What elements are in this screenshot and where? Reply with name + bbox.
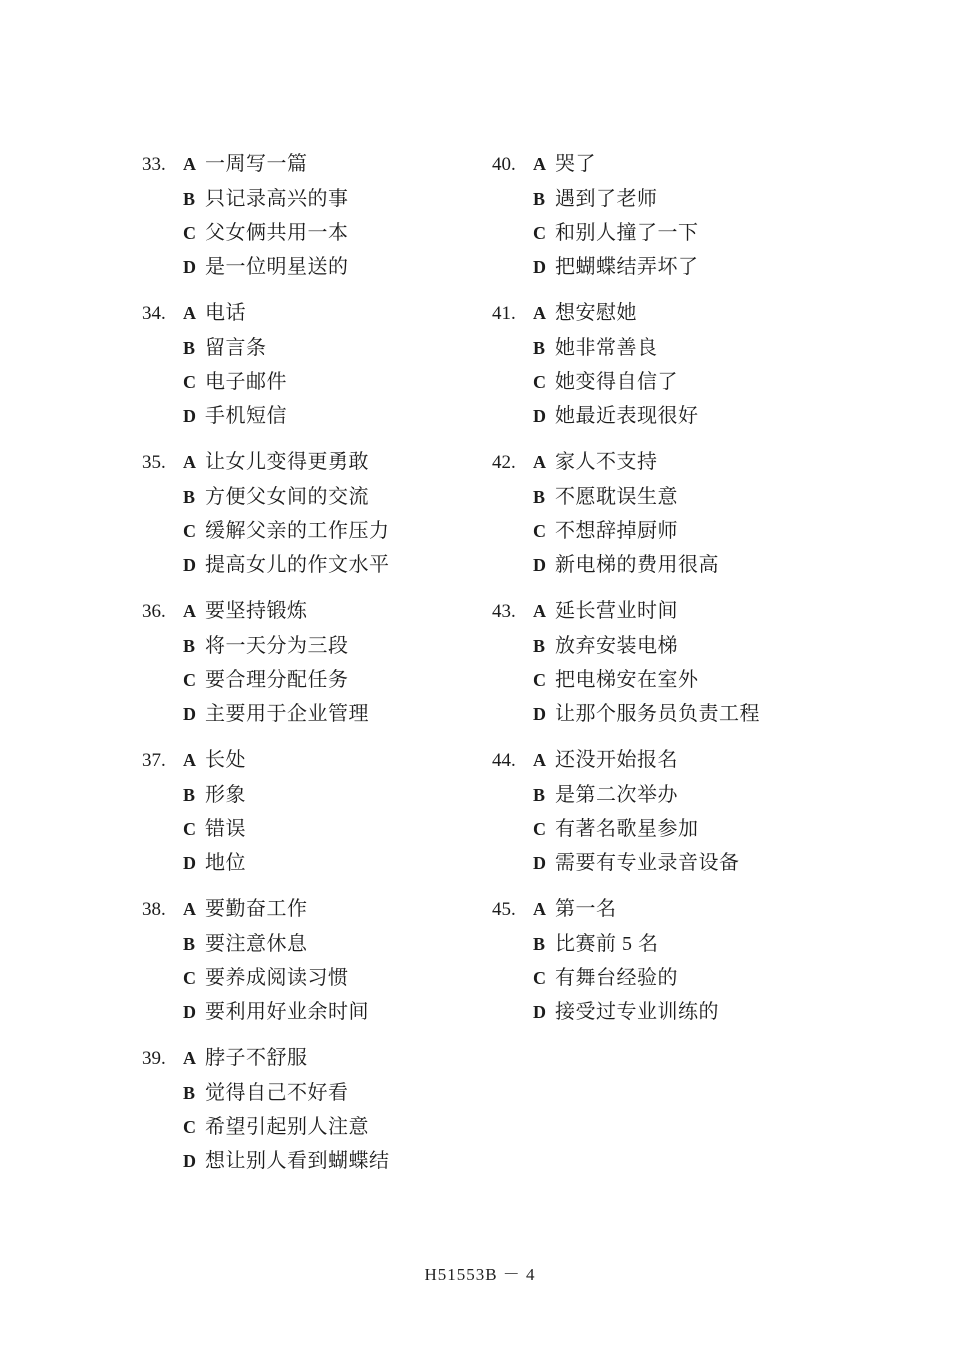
option-row: D 是一位明星送的 <box>142 250 492 284</box>
option-letter: B <box>533 331 555 365</box>
option-letter: B <box>533 927 555 961</box>
option-text: 她变得自信了 <box>555 365 678 399</box>
option-letter: A <box>183 892 205 926</box>
option-letter: A <box>533 445 555 479</box>
option-letter: D <box>533 399 555 433</box>
option-text: 要勤奋工作 <box>205 892 308 926</box>
option-letter: B <box>183 778 205 812</box>
option-text: 第一名 <box>555 892 617 926</box>
option-row: B 留言条 <box>142 331 492 365</box>
option-letter: D <box>533 995 555 1029</box>
option-letter: A <box>183 743 205 777</box>
question-44: 44. A 还没开始报名 B 是第二次举办 C 有著名歌星参加 D 需要有专业录… <box>492 743 760 880</box>
option-letter: A <box>183 1041 205 1075</box>
option-letter: D <box>533 250 555 284</box>
option-letter: D <box>183 697 205 731</box>
option-letter: D <box>183 995 205 1029</box>
option-letter: C <box>183 812 205 846</box>
option-text: 方便父女间的交流 <box>205 480 369 514</box>
option-text: 比赛前 5 名 <box>555 927 659 961</box>
question-40: 40. A 哭了 B 遇到了老师 C 和别人撞了一下 D 把蝴蝶结弄坏了 <box>492 147 760 284</box>
option-letter: B <box>533 778 555 812</box>
option-letter: C <box>183 961 205 995</box>
option-row: C 希望引起别人注意 <box>142 1110 492 1144</box>
option-letter: A <box>533 594 555 628</box>
question-39: 39. A 脖子不舒服 B 觉得自己不好看 C 希望引起别人注意 D 想让别人看… <box>142 1041 492 1178</box>
option-text: 是一位明星送的 <box>205 250 349 284</box>
option-text: 还没开始报名 <box>555 743 678 777</box>
option-text: 把电梯安在室外 <box>555 663 699 697</box>
option-text: 放弃安装电梯 <box>555 629 678 663</box>
option-letter: B <box>183 629 205 663</box>
option-text: 地位 <box>205 846 246 880</box>
option-text: 是第二次举办 <box>555 778 678 812</box>
option-text: 要坚持锻炼 <box>205 594 308 628</box>
option-text: 接受过专业训练的 <box>555 995 719 1029</box>
option-row: B 只记录高兴的事 <box>142 182 492 216</box>
exam-answer-options-page: 33. A 一周写一篇 B 只记录高兴的事 C 父女俩共用一本 D 是一位明星送… <box>142 147 760 1190</box>
option-row: C 要合理分配任务 <box>142 663 492 697</box>
option-letter: C <box>183 514 205 548</box>
option-text: 哭了 <box>555 147 596 181</box>
question-number: 41. <box>492 297 533 331</box>
question-number: 38. <box>142 893 183 927</box>
option-row: B 遇到了老师 <box>492 182 760 216</box>
question-number: 45. <box>492 893 533 927</box>
question-number: 43. <box>492 595 533 629</box>
option-row: C 错误 <box>142 812 492 846</box>
question-36: 36. A 要坚持锻炼 B 将一天分为三段 C 要合理分配任务 D 主要用于企业… <box>142 594 492 731</box>
option-row: B 她非常善良 <box>492 331 760 365</box>
option-row: 43. A 延长营业时间 <box>492 594 760 629</box>
option-text: 父女俩共用一本 <box>205 216 349 250</box>
option-text: 要合理分配任务 <box>205 663 349 697</box>
page-code-footer: H51553B － 4 <box>0 1260 960 1285</box>
option-letter: B <box>183 927 205 961</box>
option-letter: A <box>183 147 205 181</box>
option-letter: B <box>183 331 205 365</box>
option-row: 44. A 还没开始报名 <box>492 743 760 778</box>
option-letter: B <box>183 182 205 216</box>
option-row: C 和别人撞了一下 <box>492 216 760 250</box>
option-letter: A <box>533 147 555 181</box>
option-row: 36. A 要坚持锻炼 <box>142 594 492 629</box>
option-text: 不想辞掉厨师 <box>555 514 678 548</box>
option-row: 41. A 想安慰她 <box>492 296 760 331</box>
option-letter: D <box>533 697 555 731</box>
column-right: 40. A 哭了 B 遇到了老师 C 和别人撞了一下 D 把蝴蝶结弄坏了 <box>492 147 760 1041</box>
option-text: 希望引起别人注意 <box>205 1110 369 1144</box>
option-text: 把蝴蝶结弄坏了 <box>555 250 699 284</box>
option-text: 新电梯的费用很高 <box>555 548 719 582</box>
option-text: 电子邮件 <box>205 365 287 399</box>
option-row: B 觉得自己不好看 <box>142 1076 492 1110</box>
option-text: 有著名歌星参加 <box>555 812 699 846</box>
option-letter: A <box>183 296 205 330</box>
option-text: 不愿耽误生意 <box>555 480 678 514</box>
option-letter: B <box>183 1076 205 1110</box>
option-letter: C <box>533 812 555 846</box>
option-text: 需要有专业录音设备 <box>555 846 740 880</box>
option-letter: A <box>183 445 205 479</box>
question-45: 45. A 第一名 B 比赛前 5 名 C 有舞台经验的 D 接受过专业训练的 <box>492 892 760 1029</box>
option-letter: A <box>533 892 555 926</box>
option-letter: D <box>183 250 205 284</box>
question-42: 42. A 家人不支持 B 不愿耽误生意 C 不想辞掉厨师 D 新电梯的费用很高 <box>492 445 760 582</box>
option-letter: C <box>183 216 205 250</box>
option-text: 要注意休息 <box>205 927 308 961</box>
option-text: 让女儿变得更勇敢 <box>205 445 369 479</box>
option-row: 38. A 要勤奋工作 <box>142 892 492 927</box>
option-row: D 手机短信 <box>142 399 492 433</box>
option-row: 42. A 家人不支持 <box>492 445 760 480</box>
option-row: C 有舞台经验的 <box>492 961 760 995</box>
option-text: 长处 <box>205 743 246 777</box>
option-letter: B <box>533 182 555 216</box>
option-letter: B <box>533 480 555 514</box>
question-38: 38. A 要勤奋工作 B 要注意休息 C 要养成阅读习惯 D 要利用好业余时间 <box>142 892 492 1029</box>
question-number: 39. <box>142 1042 183 1076</box>
option-row: C 有著名歌星参加 <box>492 812 760 846</box>
question-34: 34. A 电话 B 留言条 C 电子邮件 D 手机短信 <box>142 296 492 433</box>
question-number: 42. <box>492 446 533 480</box>
option-letter: C <box>533 216 555 250</box>
question-number: 40. <box>492 148 533 182</box>
option-row: C 要养成阅读习惯 <box>142 961 492 995</box>
option-row: 37. A 长处 <box>142 743 492 778</box>
option-row: B 要注意休息 <box>142 927 492 961</box>
question-number: 33. <box>142 148 183 182</box>
option-letter: D <box>183 846 205 880</box>
option-text: 想安慰她 <box>555 296 637 330</box>
option-text: 错误 <box>205 812 246 846</box>
option-letter: D <box>183 548 205 582</box>
option-row: C 缓解父亲的工作压力 <box>142 514 492 548</box>
option-row: D 要利用好业余时间 <box>142 995 492 1029</box>
option-row: D 让那个服务员负责工程 <box>492 697 760 731</box>
option-row: D 主要用于企业管理 <box>142 697 492 731</box>
option-letter: C <box>183 1110 205 1144</box>
option-row: D 她最近表现很好 <box>492 399 760 433</box>
option-row: C 她变得自信了 <box>492 365 760 399</box>
question-33: 33. A 一周写一篇 B 只记录高兴的事 C 父女俩共用一本 D 是一位明星送… <box>142 147 492 284</box>
option-row: C 不想辞掉厨师 <box>492 514 760 548</box>
option-row: 34. A 电话 <box>142 296 492 331</box>
option-row: D 把蝴蝶结弄坏了 <box>492 250 760 284</box>
question-number: 34. <box>142 297 183 331</box>
option-letter: D <box>183 399 205 433</box>
option-row: B 将一天分为三段 <box>142 629 492 663</box>
question-43: 43. A 延长营业时间 B 放弃安装电梯 C 把电梯安在室外 D 让那个服务员… <box>492 594 760 731</box>
option-text: 延长营业时间 <box>555 594 678 628</box>
question-41: 41. A 想安慰她 B 她非常善良 C 她变得自信了 D 她最近表现很好 <box>492 296 760 433</box>
option-row: C 电子邮件 <box>142 365 492 399</box>
option-row: B 是第二次举办 <box>492 778 760 812</box>
option-row: 40. A 哭了 <box>492 147 760 182</box>
option-letter: C <box>533 514 555 548</box>
question-number: 37. <box>142 744 183 778</box>
option-text: 手机短信 <box>205 399 287 433</box>
option-text: 觉得自己不好看 <box>205 1076 349 1110</box>
option-row: C 把电梯安在室外 <box>492 663 760 697</box>
option-row: D 新电梯的费用很高 <box>492 548 760 582</box>
option-text: 家人不支持 <box>555 445 658 479</box>
option-letter: C <box>183 663 205 697</box>
option-text: 和别人撞了一下 <box>555 216 699 250</box>
option-letter: D <box>533 548 555 582</box>
question-37: 37. A 长处 B 形象 C 错误 D 地位 <box>142 743 492 880</box>
option-text: 让那个服务员负责工程 <box>555 697 760 731</box>
option-row: B 形象 <box>142 778 492 812</box>
option-letter: A <box>183 594 205 628</box>
option-row: B 比赛前 5 名 <box>492 927 760 961</box>
option-row: 33. A 一周写一篇 <box>142 147 492 182</box>
option-text: 电话 <box>205 296 246 330</box>
option-row: D 接受过专业训练的 <box>492 995 760 1029</box>
option-text: 只记录高兴的事 <box>205 182 349 216</box>
option-letter: C <box>533 663 555 697</box>
question-35: 35. A 让女儿变得更勇敢 B 方便父女间的交流 C 缓解父亲的工作压力 D … <box>142 445 492 582</box>
option-letter: D <box>533 846 555 880</box>
option-text: 要利用好业余时间 <box>205 995 369 1029</box>
question-number: 35. <box>142 446 183 480</box>
question-number: 36. <box>142 595 183 629</box>
option-letter: B <box>533 629 555 663</box>
option-row: 39. A 脖子不舒服 <box>142 1041 492 1076</box>
option-letter: A <box>533 743 555 777</box>
option-row: 35. A 让女儿变得更勇敢 <box>142 445 492 480</box>
option-text: 将一天分为三段 <box>205 629 349 663</box>
option-row: 45. A 第一名 <box>492 892 760 927</box>
option-row: B 放弃安装电梯 <box>492 629 760 663</box>
option-row: D 地位 <box>142 846 492 880</box>
option-row: D 想让别人看到蝴蝶结 <box>142 1144 492 1178</box>
option-text: 留言条 <box>205 331 267 365</box>
option-letter: C <box>183 365 205 399</box>
option-row: B 不愿耽误生意 <box>492 480 760 514</box>
option-letter: C <box>533 365 555 399</box>
option-row: D 提高女儿的作文水平 <box>142 548 492 582</box>
option-text: 遇到了老师 <box>555 182 658 216</box>
option-text: 缓解父亲的工作压力 <box>205 514 390 548</box>
column-left: 33. A 一周写一篇 B 只记录高兴的事 C 父女俩共用一本 D 是一位明星送… <box>142 147 492 1190</box>
option-row: C 父女俩共用一本 <box>142 216 492 250</box>
option-letter: C <box>533 961 555 995</box>
option-letter: A <box>533 296 555 330</box>
option-text: 她最近表现很好 <box>555 399 699 433</box>
option-text: 形象 <box>205 778 246 812</box>
option-text: 要养成阅读习惯 <box>205 961 349 995</box>
question-number: 44. <box>492 744 533 778</box>
option-text: 主要用于企业管理 <box>205 697 369 731</box>
option-text: 有舞台经验的 <box>555 961 678 995</box>
option-text: 脖子不舒服 <box>205 1041 308 1075</box>
option-letter: D <box>183 1144 205 1178</box>
option-text: 一周写一篇 <box>205 147 308 181</box>
option-text: 想让别人看到蝴蝶结 <box>205 1144 390 1178</box>
option-row: D 需要有专业录音设备 <box>492 846 760 880</box>
option-text: 她非常善良 <box>555 331 658 365</box>
option-text: 提高女儿的作文水平 <box>205 548 390 582</box>
option-row: B 方便父女间的交流 <box>142 480 492 514</box>
option-letter: B <box>183 480 205 514</box>
